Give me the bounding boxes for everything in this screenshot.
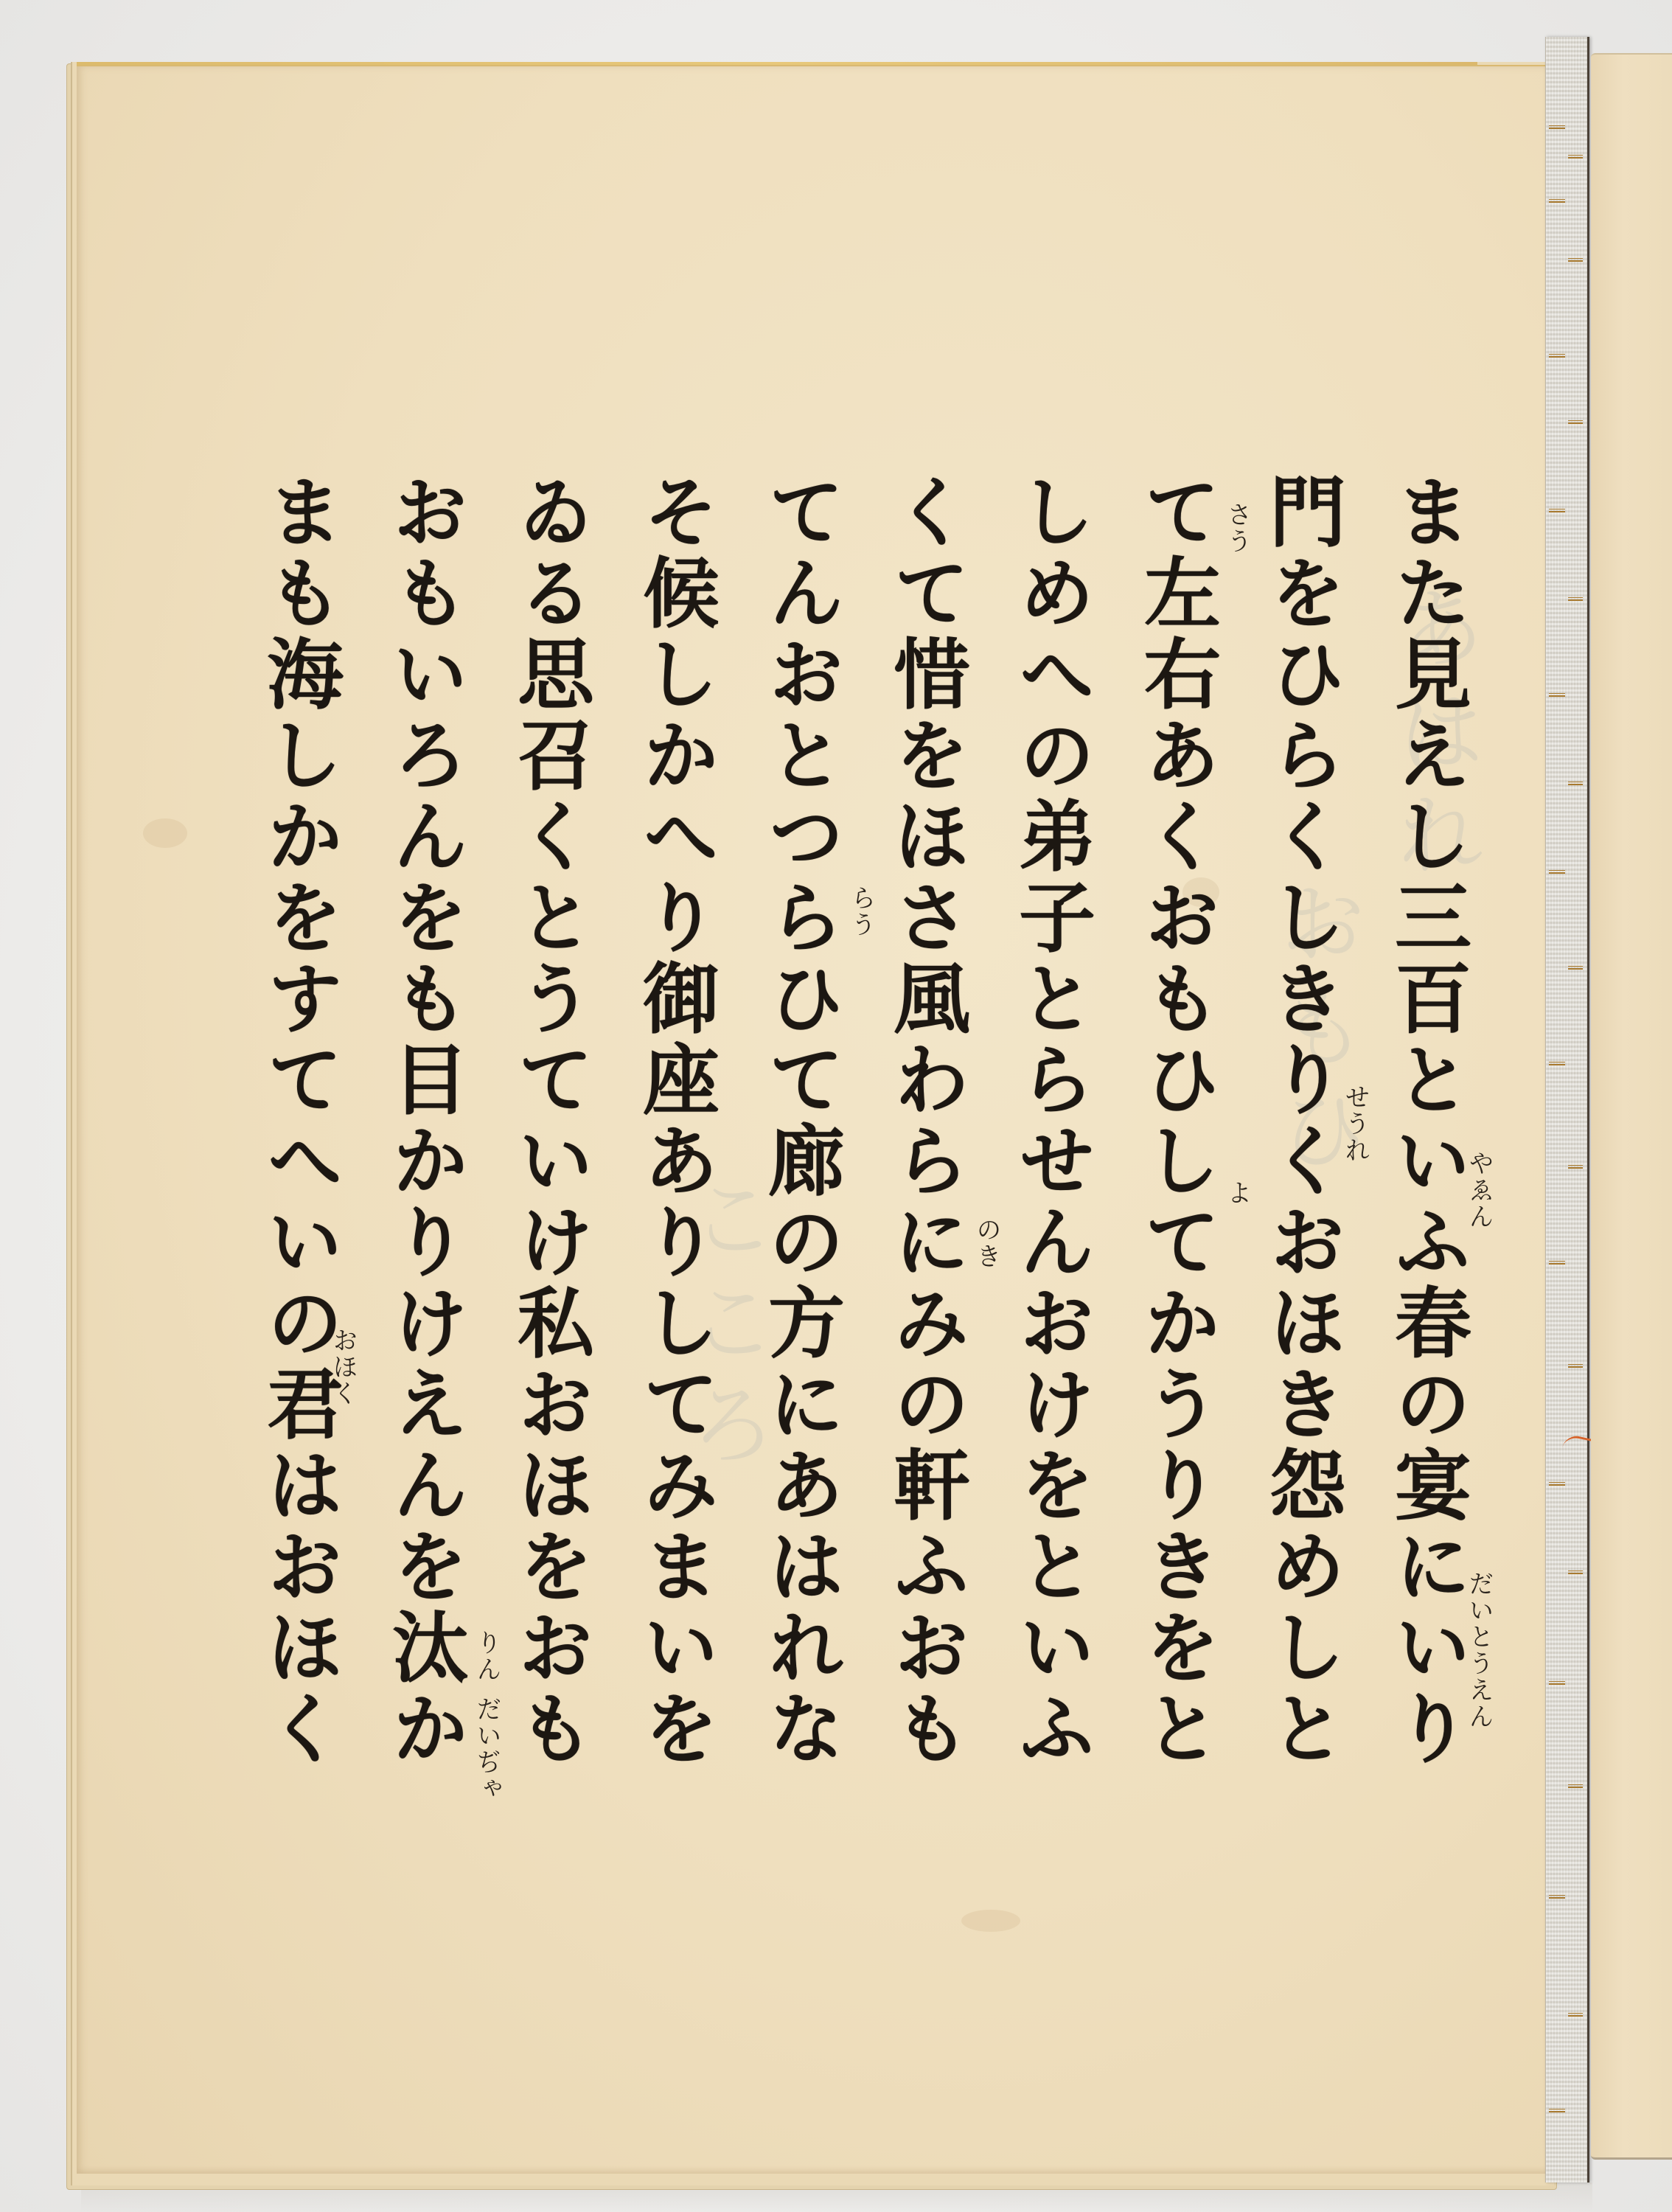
spine-mark [1568, 155, 1583, 159]
spine-mark [1549, 1681, 1565, 1685]
spine-mark [1549, 870, 1565, 874]
spine-mark [1549, 2109, 1565, 2112]
spine-mark [1549, 693, 1565, 697]
spine-mark [1568, 966, 1583, 970]
foxing-stain [961, 1910, 1020, 1932]
furigana-annotation: おほく [328, 1327, 358, 1407]
spine-mark [1549, 1261, 1565, 1265]
spine-mark [1549, 199, 1565, 203]
spine-mark [1549, 509, 1565, 512]
furigana-annotation: のき [972, 1217, 1001, 1270]
spine-mark [1568, 1784, 1583, 1788]
spine-mark [1549, 354, 1565, 358]
spine-fabric [1545, 37, 1589, 2183]
text-column-6: てんおとつらひて廊の方にあはれなりけりた [745, 472, 855, 1770]
text-column-7: そ候しかへり御座ありしてみまいをにうしか [619, 472, 730, 1770]
spine-mark [1549, 125, 1565, 129]
furigana-annotation: せうれ [1340, 1084, 1370, 1164]
text-column-4: しめへの弟子とらせんおけをといふ舞おもひし [995, 472, 1106, 1770]
spine-mark [1549, 1482, 1565, 1486]
furigana-annotation: だいぢゃ [472, 1696, 501, 1802]
spine-mark [1568, 782, 1583, 785]
furigana-annotation: さう [1222, 501, 1252, 554]
text-column-3: て左右あくおもひしてかうりきをと向まう [1121, 472, 1231, 1770]
spine-mark [1568, 2013, 1583, 2017]
next-page-edge [1591, 53, 1672, 2160]
spine-mark [1549, 1895, 1565, 1899]
spine-mark [1568, 258, 1583, 262]
text-column-8: ゐる思召くとうていけ私おほをおもし涙 [494, 472, 605, 1770]
foxing-stain [143, 818, 187, 848]
furigana-annotation: だいとうえん [1464, 1571, 1494, 1730]
furigana-annotation: やゑん [1464, 1150, 1494, 1230]
text-column-5: くて惜をほさ風わらにみの軒ふおもくこゑ [870, 472, 980, 1770]
text-column-10: まも海しかをすてへいの君はおほく多くつきせり [243, 472, 354, 1770]
spine-mark [1568, 1165, 1583, 1169]
furigana-annotation: よ [1222, 1180, 1252, 1206]
furigana-annotation: りん [472, 1630, 501, 1683]
spine-mark [1568, 1571, 1583, 1574]
spine-mark [1568, 1364, 1583, 1368]
calligraphy-text-area: また見えし三百といふ春の宴にいりに女官の 門をひらくしきりくおほき怨めしと て左… [221, 472, 1489, 1770]
spine-mark [1568, 420, 1583, 424]
spine-mark [1549, 1062, 1565, 1065]
text-column-9: おもいろんをも目かりけえんを汰かり騒者よ [369, 472, 479, 1770]
furigana-annotation: らう [846, 885, 876, 938]
spine-mark [1568, 597, 1583, 601]
